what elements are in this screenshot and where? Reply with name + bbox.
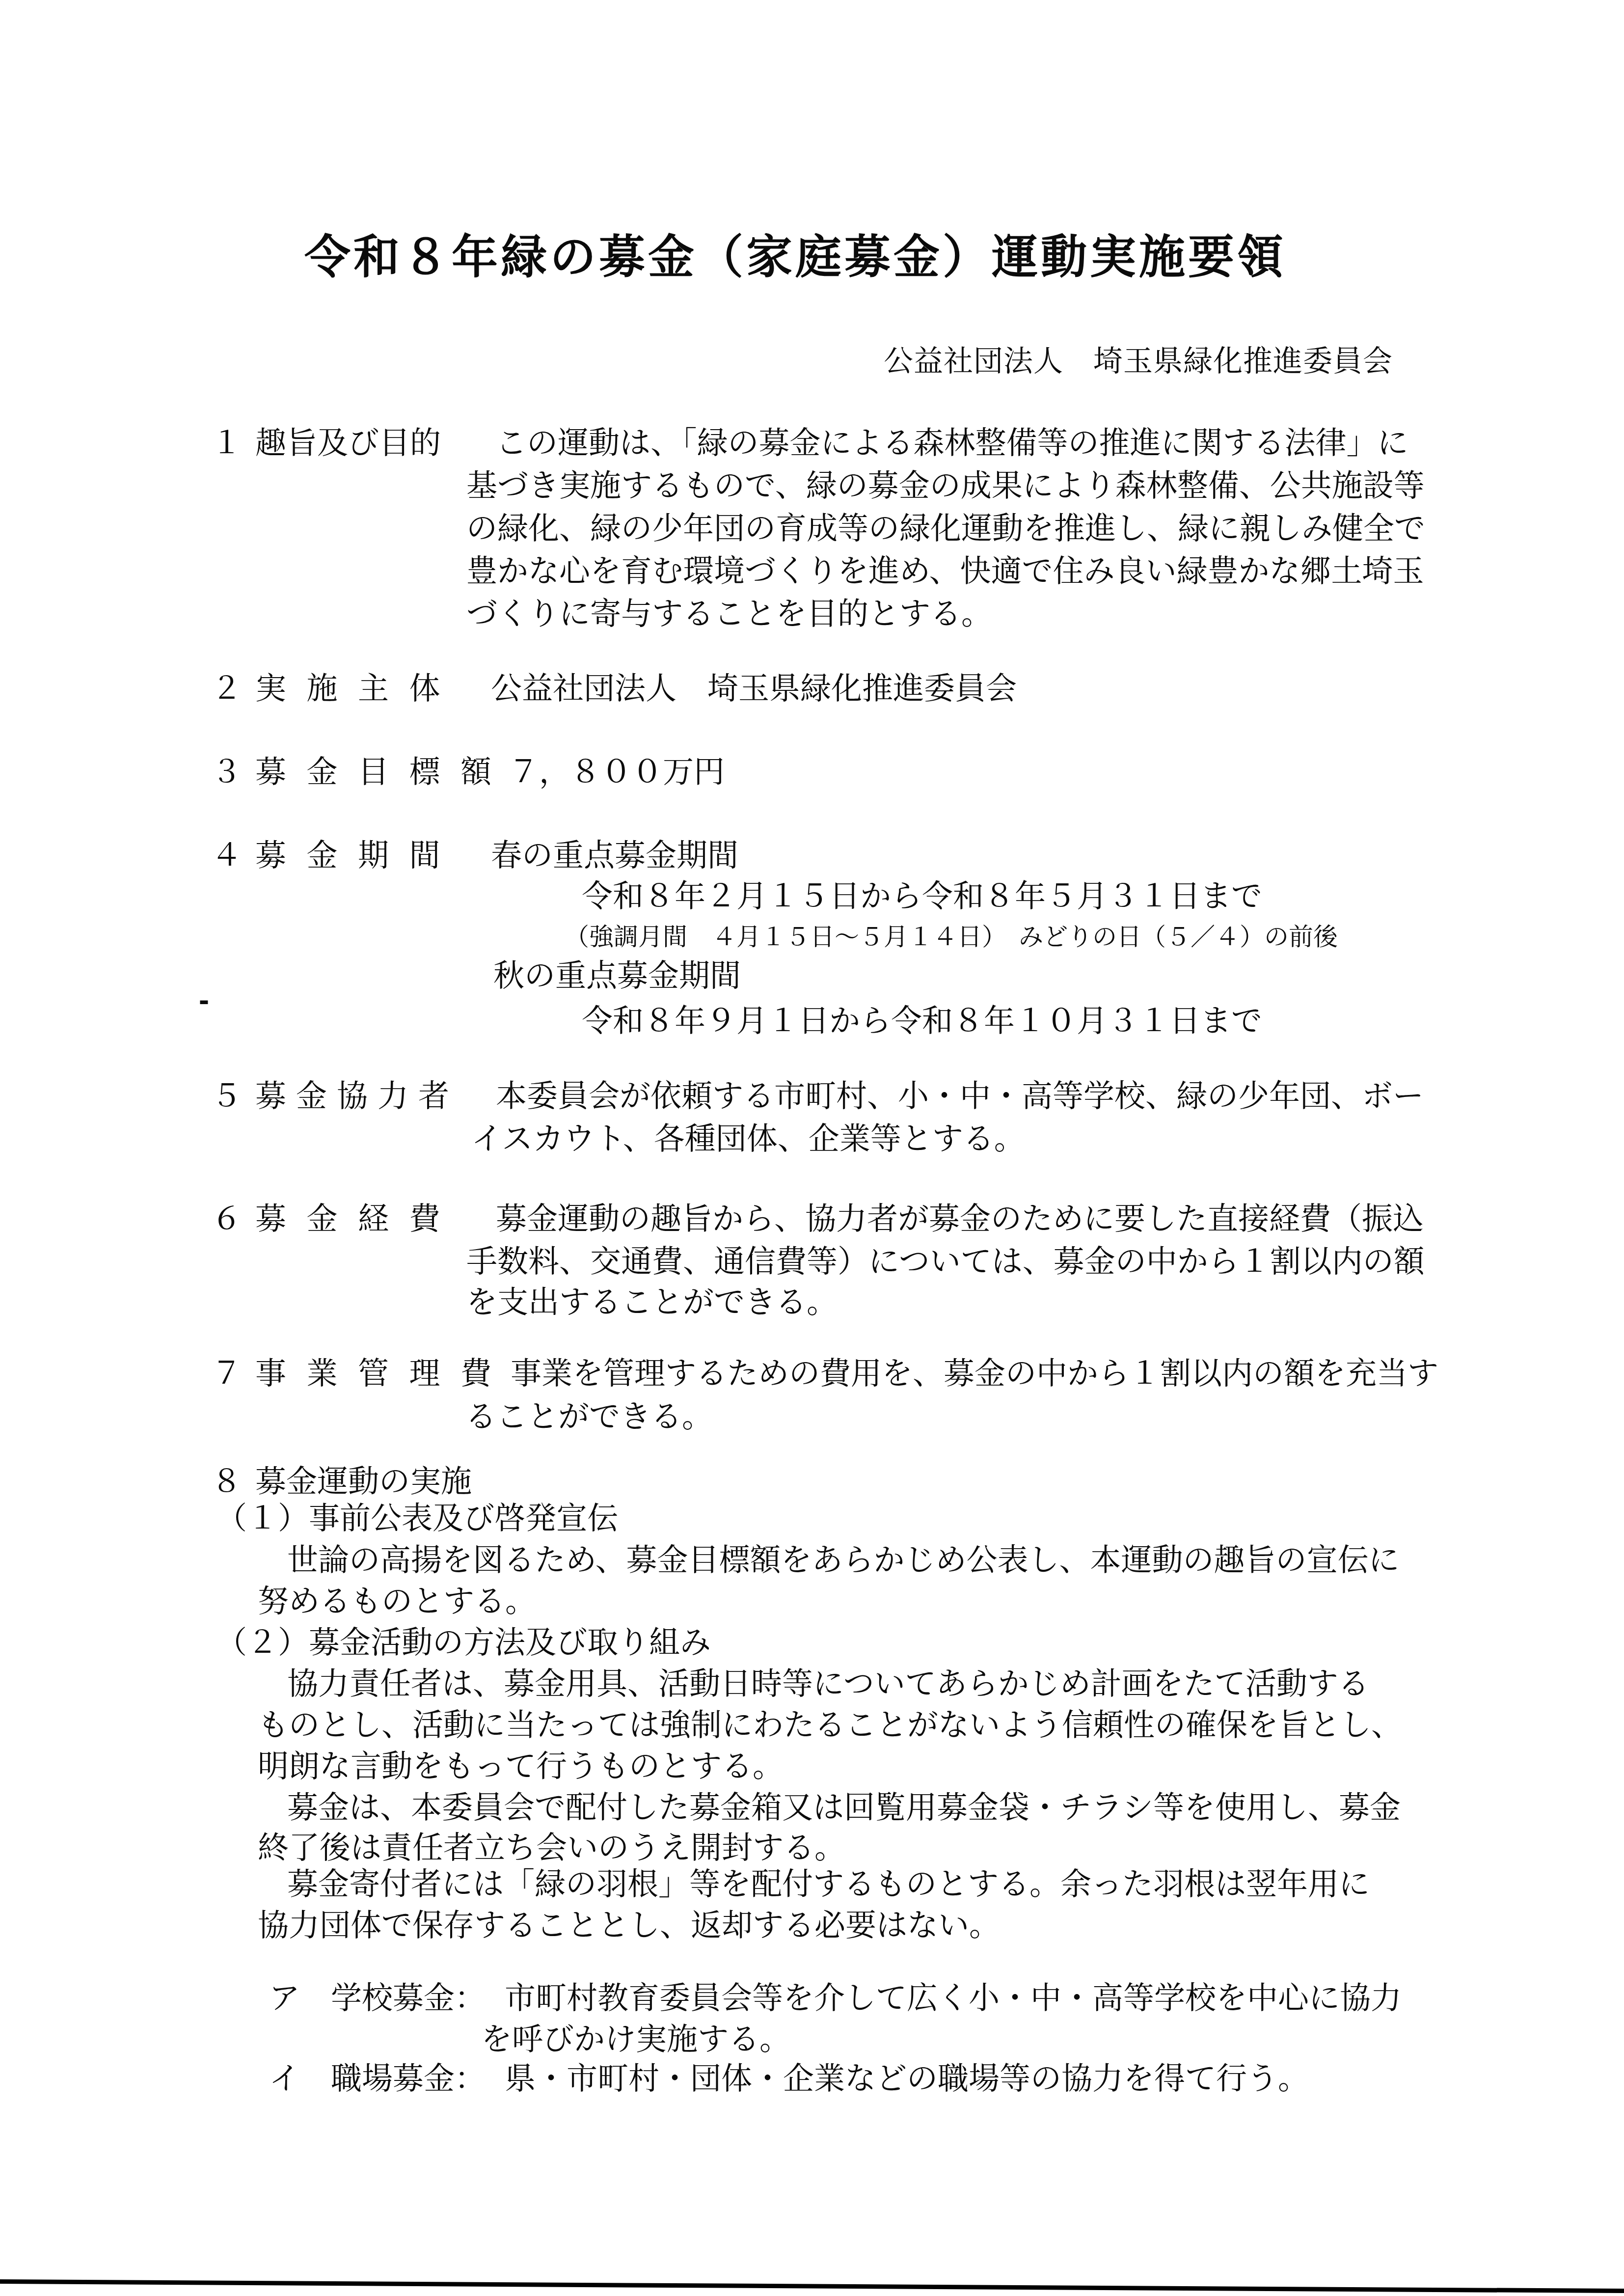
section-2-number: ２ [211, 670, 242, 708]
document-page: 令和８年緑の募金（家庭募金）運動実施要領 公益社団法人 埼玉県緑化推進委員会 １… [0, 0, 1624, 2296]
section-4-autumn-label: 秋の重点募金期間 [493, 957, 741, 995]
section-1-text-line: この運動は、「緑の募金による森林整備等の推進に関する法律」に [496, 425, 1408, 462]
section-6-text-line: 募金運動の趣旨から、協力者が募金のために要した直接経費（振込 [496, 1201, 1424, 1238]
section-6-label: 募 金 経 費 [255, 1201, 446, 1238]
section-4-autumn-period: 令和８年９月１日から令和８年１０月３１日まで [582, 1003, 1262, 1040]
section-3-label: 募 金 目 標 額 [255, 754, 497, 791]
section-2-text-line: 公益社団法人 埼玉県緑化推進委員会 [491, 670, 1017, 708]
section-1-number: １ [211, 425, 242, 462]
stray-scan-mark: - [199, 982, 209, 1019]
section-4-number: ４ [211, 837, 242, 875]
section-1-text-line: 基づき実施するもので、緑の募金の成果により森林整備、公共施設等 [466, 467, 1425, 505]
section-4-spring-period: 令和８年２月１５日から令和８年５月３１日まで [582, 878, 1262, 915]
sub-a-label: ア 学校募金： [269, 1980, 486, 2017]
section-4-emphasis-note: （強調月間 ４月１５日～５月１４日） みどりの日（５／４）の前後 [565, 922, 1338, 952]
section-1-label: 趣旨及び目的 [255, 425, 441, 462]
page-title: 令和８年緑の募金（家庭募金）運動実施要領 [304, 230, 1286, 285]
section-4-spring-label: 春の重点募金期間 [491, 837, 738, 875]
section-8-item1-text-line: 努めるものとする。 [258, 1583, 536, 1620]
section-2-label: 実 施 主 体 [255, 670, 446, 708]
section-8-label: 募金運動の実施 [255, 1463, 472, 1501]
section-7-number: ７ [211, 1355, 242, 1393]
section-3-number: ３ [211, 754, 242, 791]
sub-a-text-line: を呼びかけ実施する。 [481, 2021, 790, 2058]
sub-b-label: イ 職場募金： [269, 2060, 486, 2098]
section-8-item2-text-line: 募金寄付者には「緑の羽根」等を配付するものとする。余った羽根は翌年用に [287, 1866, 1370, 1903]
section-6-number: ６ [211, 1201, 242, 1238]
section-8-item2-text-line: 募金は、本委員会で配付した募金箱又は回覧用募金袋・チラシ等を使用し、募金 [287, 1789, 1401, 1827]
section-5-number: ５ [211, 1078, 242, 1115]
section-8-item2-heading: （２）募金活動の方法及び取り組み [216, 1624, 711, 1662]
section-8-item1-heading: （１）事前公表及び啓発宣伝 [216, 1500, 618, 1537]
section-8-item2-text-line: ものとし、活動に当たっては強制にわたることがないよう信頼性の確保を旨とし、 [258, 1707, 1402, 1744]
issuer-line: 公益社団法人 埼玉県緑化推進委員会 [884, 344, 1393, 379]
section-1-text-line: 豊かな心を育む環境づくりを進め、快適で住み良い緑豊かな郷土埼玉 [466, 553, 1424, 590]
sub-a-text-line: 市町村教育委員会等を介して広く小・中・高等学校を中心に協力 [505, 1980, 1402, 2017]
section-5-text-line: 本委員会が依頼する市町村、小・中・高等学校、緑の少年団、ボー [496, 1078, 1424, 1115]
section-7-text-line: 事業を管理するための費用を、募金の中から１割以内の額を充当す [511, 1355, 1438, 1393]
section-5-text-line: イスカウト、各種団体、企業等とする。 [471, 1121, 1025, 1158]
section-4-label: 募 金 期 間 [255, 837, 446, 875]
section-8-item2-text-line: 明朗な言動をもって行うものとする。 [258, 1748, 784, 1785]
section-6-text-line: を支出することができる。 [466, 1284, 838, 1321]
section-8-item1-text-line: 世論の高揚を図るため、募金目標額をあらかじめ公表し、本運動の趣旨の宣伝に [287, 1542, 1399, 1579]
sub-b-text-line: 県・市町村・団体・企業などの職場等の協力を得て行う。 [505, 2060, 1309, 2098]
section-6-text-line: 手数料、交通費、通信費等）については、募金の中から１割以内の額 [466, 1243, 1425, 1281]
section-7-label: 事 業 管 理 費 [255, 1355, 497, 1393]
section-3-text-line: ７，８００万円 [508, 754, 725, 791]
section-1-text-line: づくりに寄与することを目的とする。 [466, 596, 992, 633]
section-8-number: ８ [211, 1463, 242, 1501]
section-8-item2-text-line: 協力団体で保存することとし、返却する必要はない。 [258, 1907, 1000, 1944]
section-8-item2-text-line: 協力責任者は、募金用具、活動日時等についてあらかじめ計画をたて活動する [287, 1666, 1369, 1703]
section-1-text-line: の緑化、緑の少年団の育成等の緑化運動を推進し、緑に親しみ健全で [466, 510, 1425, 547]
section-7-text-line: ることができる。 [465, 1398, 713, 1436]
scanner-edge-artifact [0, 2279, 1624, 2293]
section-8-item2-text-line: 終了後は責任者立ち会いのうえ開封する。 [258, 1830, 845, 1867]
section-5-label: 募金協力者 [255, 1078, 459, 1115]
